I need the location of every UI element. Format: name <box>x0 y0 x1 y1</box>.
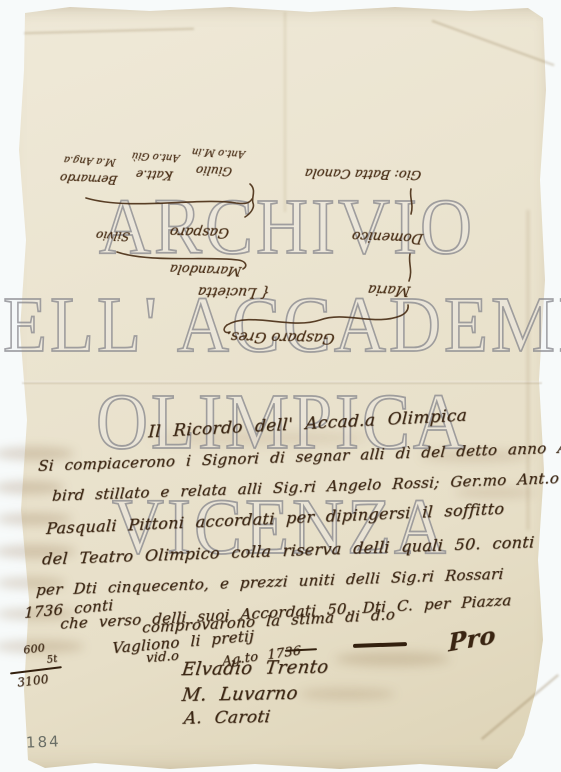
margin-sum-mid: 5t <box>46 654 58 666</box>
tree-node-gio-batta-canola: Gio: Batta Canola <box>304 165 423 182</box>
page-number-pencil: 184 <box>26 732 61 751</box>
tree-node-maria: Maria <box>367 281 412 298</box>
tree-node-bernardo: Bernardo <box>59 171 119 187</box>
closing-visto: vid.o <box>146 649 180 666</box>
watermark-line-dell-accademia: DELL' ACCADEMIA <box>0 285 561 364</box>
scanned-manuscript-page: { "scan": { "page_number": "184", "paper… <box>0 0 561 772</box>
tree-node-root-gasparo-gres: Gasparo Gres. <box>225 328 336 348</box>
watermark-line-archivio: ARCHIVIO <box>99 187 475 266</box>
tree-node-domenico: Domenico <box>351 228 425 246</box>
tree-node-gasparo: Gasparo <box>169 224 231 241</box>
scan-background: ARCHIVIO DELL' ACCADEMIA OLIMPICA VICENZ… <box>0 0 561 772</box>
margin-sum-top: 600 <box>23 641 46 657</box>
tree-node-giulio: Giulio <box>195 163 233 178</box>
tree-node-silvio: Silvio <box>95 228 131 243</box>
signature-2: M. Luvarno <box>181 683 299 706</box>
tree-node-katte: Katt.e <box>135 167 174 182</box>
signature-1: Elvadio Trento <box>181 657 330 681</box>
signature-3: A. Caroti <box>183 707 272 729</box>
tree-node-marandola: Marandola <box>169 261 243 278</box>
tree-node-lucietta: { Lucietta <box>197 283 271 300</box>
